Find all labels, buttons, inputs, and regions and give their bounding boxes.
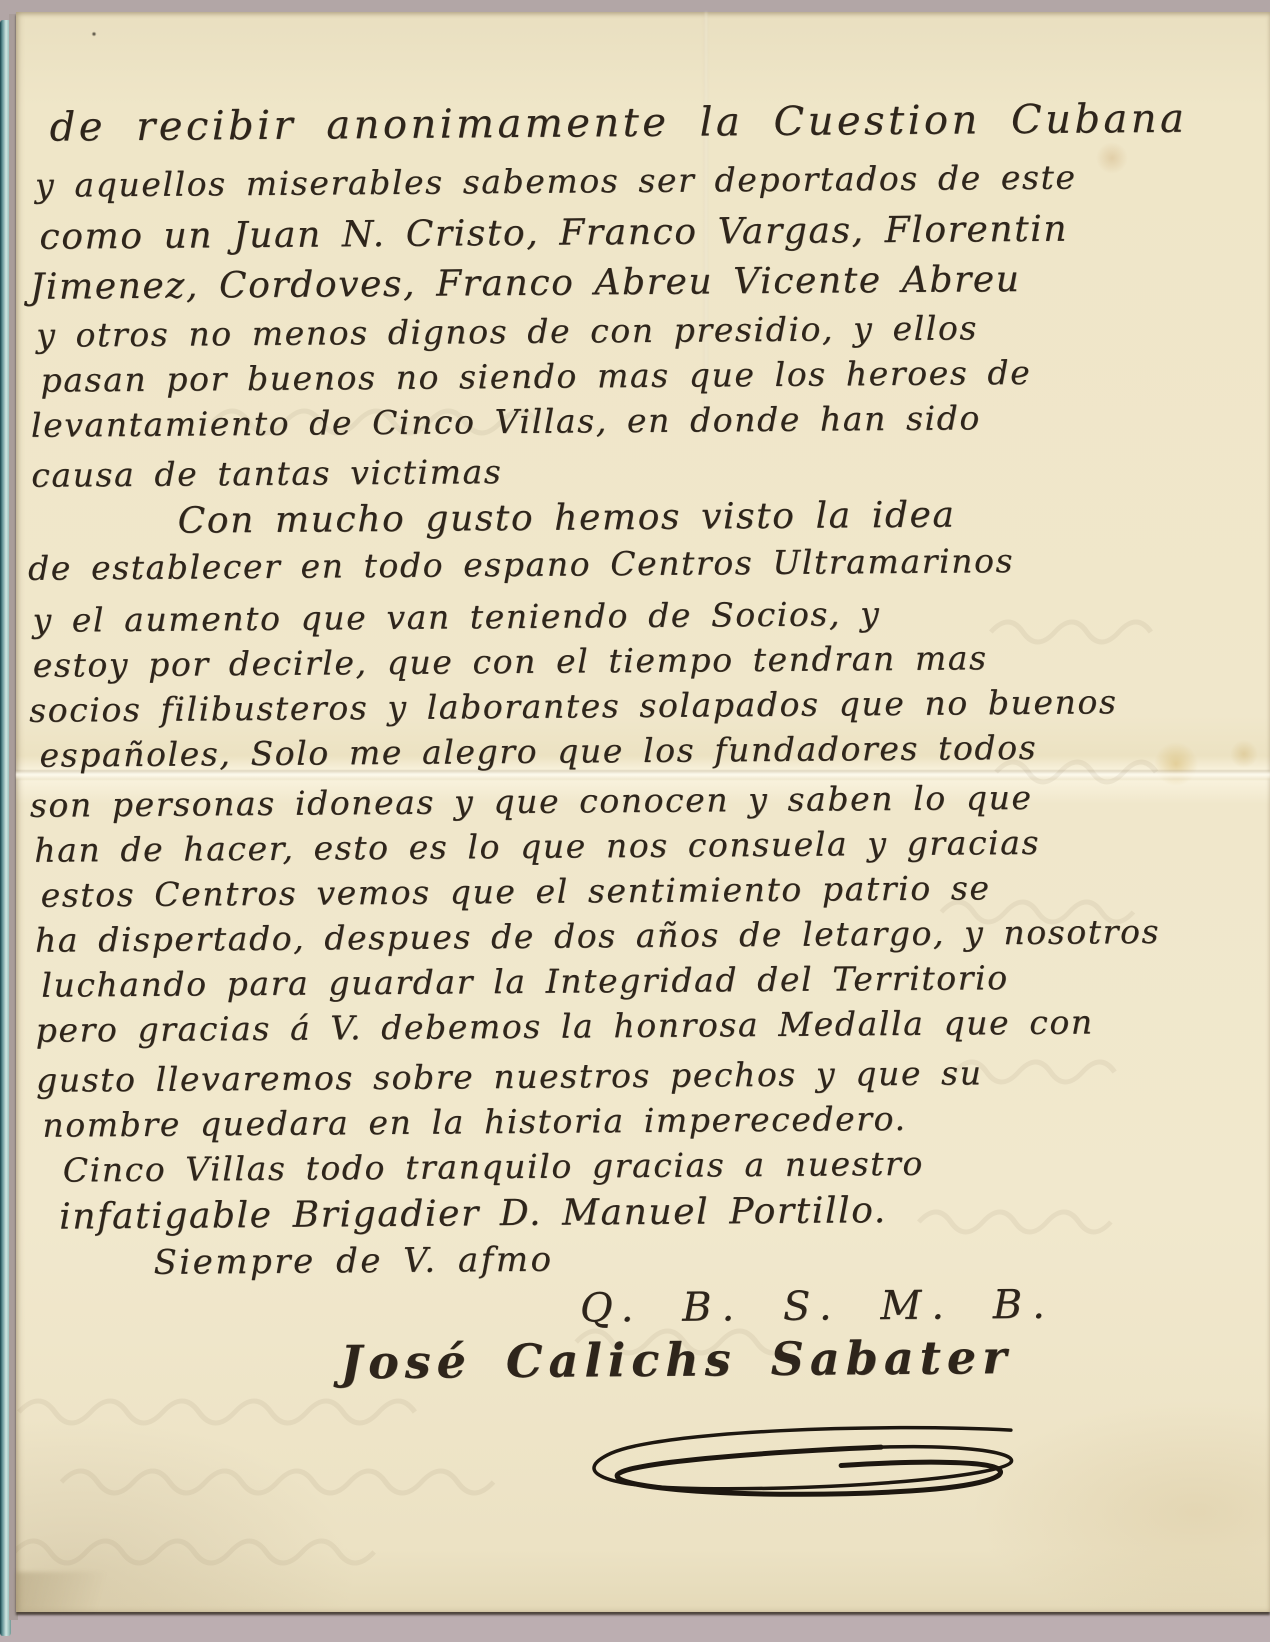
letter-line: Cinco Villas todo tranquilo gracias a nu… — [63, 1145, 924, 1190]
letter-line: pero gracias á V. debemos la honrosa Med… — [36, 1003, 1094, 1049]
closing-line: Siempre de V. afmo — [153, 1241, 553, 1283]
signature: José Calichs Sabater — [340, 1331, 1013, 1389]
letter-line: infatigable Brigadier D. Manuel Portillo… — [59, 1190, 887, 1238]
letter-line: de establecer en todo espano Centros Ult… — [28, 542, 1014, 588]
letter-line: estos Centros vemos que el sentimiento p… — [40, 869, 990, 914]
letter-line: y otros no menos dignos de con presidio,… — [36, 309, 978, 354]
letter-line: Jimenez, Cordoves, Franco Abreu Vicente … — [30, 259, 1021, 308]
letter-line: como un Juan N. Cristo, Franco Vargas, F… — [39, 209, 1068, 258]
letter-line: luchando para guardar la Integridad del … — [41, 959, 1009, 1005]
signature-flourish — [581, 1424, 1022, 1517]
letter-line: pasan por buenos no siendo mas que los h… — [40, 354, 1031, 400]
letter-line: gusto llevaremos sobre nuestros pechos y… — [36, 1054, 983, 1099]
letter-line: levantamiento de Cinco Villas, en donde … — [31, 399, 981, 444]
letter-line: causa de tantas victimas — [31, 453, 502, 495]
scanned-letter-page: de recibir anonimamente la Cuestion Cuba… — [0, 0, 1270, 1642]
letter-line: de recibir anonimamente la Cuestion Cuba… — [49, 96, 1187, 151]
letter-line: estoy por decirle, que con el tiempo ten… — [33, 639, 988, 684]
letter-line: y aquellos miserables sabemos ser deport… — [35, 159, 1077, 205]
letter-line: y el aumento que van teniendo de Socios,… — [32, 595, 880, 640]
letter-body: de recibir anonimamente la Cuestion Cuba… — [10, 7, 1270, 1617]
valediction-initials: Q. B. S. M. B. — [580, 1282, 1055, 1332]
letter-line: socios filibusteros y laborantes solapad… — [29, 683, 1118, 729]
letter-line: españoles, Solo me alegro que los fundad… — [39, 729, 1037, 775]
letter-line: ha dispertado, despues de dos años de le… — [35, 913, 1160, 960]
letter-paper: de recibir anonimamente la Cuestion Cuba… — [16, 12, 1270, 1612]
letter-line: Con mucho gusto hemos visto la idea — [178, 495, 956, 542]
letter-line: son personas idoneas y que conocen y sab… — [30, 779, 1033, 825]
letter-line: han de hacer, esto es lo que nos consuel… — [34, 824, 1040, 870]
letter-line: nombre quedara en la historia imperecede… — [42, 1100, 906, 1145]
